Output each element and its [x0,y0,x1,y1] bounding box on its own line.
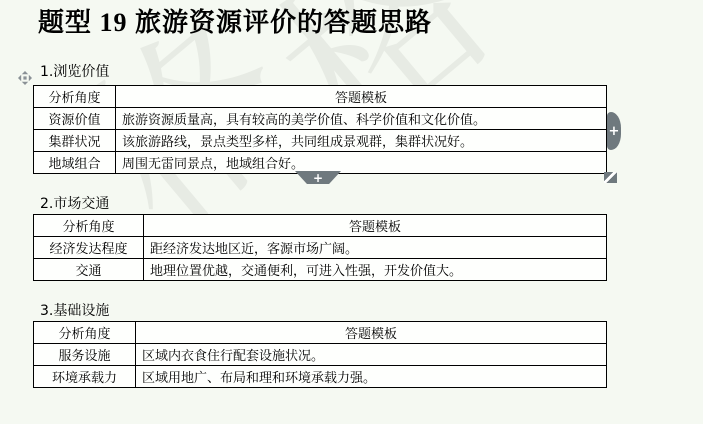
section-label-infrastructure[interactable]: 3.基础设施 [40,303,109,319]
header-analysis-angle[interactable]: 分析角度 [34,86,116,108]
insert-column-button[interactable]: + [607,112,621,150]
table-resize-handle-icon[interactable] [604,172,617,183]
table-row: 地域组合 周围无雷同景点，地域组合好。 [34,152,607,174]
table-row: 交通 地理位置优越，交通便利，可进入性强，开发价值大。 [34,259,607,281]
table-infrastructure: 分析角度 答题模板 服务设施 区域内衣食住行配套设施状况。 环境承载力 区域用地… [33,321,607,388]
header-answer-template[interactable]: 答题模板 [136,322,607,344]
cell-key[interactable]: 交通 [34,259,144,281]
table-row: 集群状况 该旅游路线，景点类型多样，共同组成景观群，集群状况好。 [34,130,607,152]
cell-key[interactable]: 经济发达程度 [34,237,144,259]
cell-key[interactable]: 环境承载力 [34,366,136,388]
table-row: 资源价值 旅游资源质量高，具有较高的美学价值、科学价值和文化价值。 [34,108,607,130]
cell-key[interactable]: 服务设施 [34,344,136,366]
cell-value[interactable]: 区域内衣食住行配套设施状况。 [136,344,607,366]
table-header-row: 分析角度 答题模板 [34,215,607,237]
document-page: 格 格 题型 19 旅游资源评价的答题思路 1.浏览价值 分析角度 答题模板 资… [0,0,703,424]
page-title[interactable]: 题型 19 旅游资源评价的答题思路 [38,2,432,39]
table-browse-value: 分析角度 答题模板 资源价值 旅游资源质量高，具有较高的美学价值、科学价值和文化… [33,85,607,174]
cell-key[interactable]: 集群状况 [34,130,116,152]
table-move-handle-icon[interactable] [18,70,32,84]
header-analysis-angle[interactable]: 分析角度 [34,322,136,344]
cell-value[interactable]: 旅游资源质量高，具有较高的美学价值、科学价值和文化价值。 [116,108,607,130]
header-analysis-angle[interactable]: 分析角度 [34,215,144,237]
four-arrows-icon [18,71,32,85]
cell-value[interactable]: 该旅游路线，景点类型多样，共同组成景观群，集群状况好。 [116,130,607,152]
table-row: 服务设施 区域内衣食住行配套设施状况。 [34,344,607,366]
cell-key[interactable]: 地域组合 [34,152,116,174]
table-header-row: 分析角度 答题模板 [34,322,607,344]
section-label-market-traffic[interactable]: 2.市场交通 [40,196,109,212]
cell-value[interactable]: 地理位置优越，交通便利，可进入性强，开发价值大。 [144,259,607,281]
section-label-browse-value[interactable]: 1.浏览价值 [40,64,109,80]
insert-row-button[interactable]: + [295,171,341,184]
cell-value[interactable]: 区域用地广、布局和理和环境承载力强。 [136,366,607,388]
header-answer-template[interactable]: 答题模板 [116,86,607,108]
cell-value[interactable]: 周围无雷同景点，地域组合好。 [116,152,607,174]
table-market-traffic: 分析角度 答题模板 经济发达程度 距经济发达地区近，客源市场广阔。 交通 地理位… [33,214,607,281]
plus-icon: + [609,125,620,138]
table-row: 经济发达程度 距经济发达地区近，客源市场广阔。 [34,237,607,259]
table-row: 环境承载力 区域用地广、布局和理和环境承载力强。 [34,366,607,388]
header-answer-template[interactable]: 答题模板 [144,215,607,237]
table-header-row: 分析角度 答题模板 [34,86,607,108]
cell-value[interactable]: 距经济发达地区近，客源市场广阔。 [144,237,607,259]
plus-icon: + [313,172,323,184]
cell-key[interactable]: 资源价值 [34,108,116,130]
